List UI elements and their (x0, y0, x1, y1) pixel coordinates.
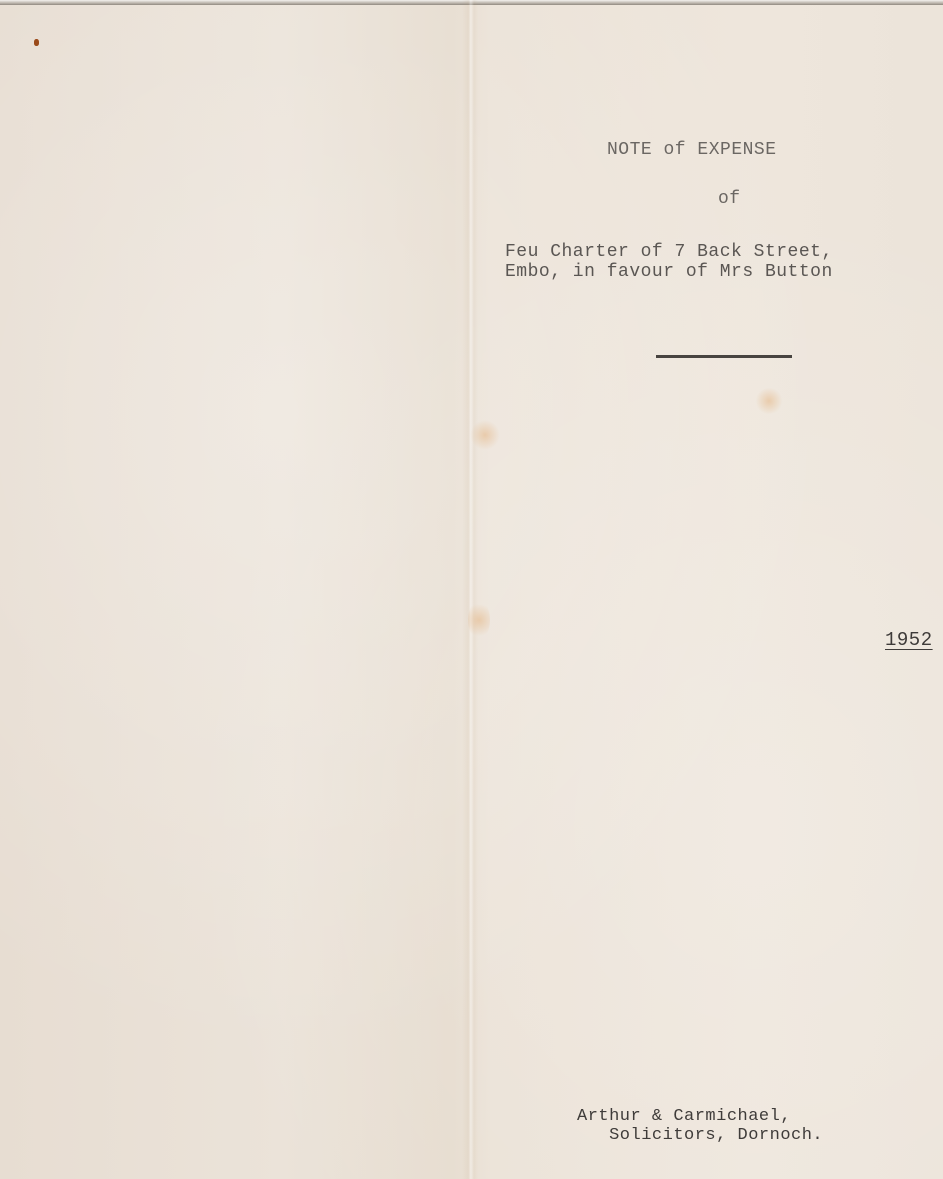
foxing-stain (468, 600, 490, 640)
firm-line-1: Arthur & Carmichael, (577, 1107, 823, 1126)
firm-signature: Arthur & Carmichael, Solicitors, Dornoch… (577, 1107, 823, 1145)
center-fold (462, 0, 478, 1179)
connector-text: of (718, 189, 741, 209)
foxing-stain (755, 388, 783, 414)
subject-line-2: Embo, in favour of Mrs Button (505, 262, 833, 282)
horizontal-rule (656, 355, 792, 358)
ink-spot (34, 39, 39, 46)
document-year: 1952 (885, 630, 933, 650)
firm-line-2: Solicitors, Dornoch. (577, 1126, 823, 1145)
document-heading: NOTE of EXPENSE (607, 140, 777, 160)
subject-line-1: Feu Charter of 7 Back Street, (505, 242, 833, 262)
foxing-stain (470, 420, 500, 450)
document-subject: Feu Charter of 7 Back Street,Embo, in fa… (505, 242, 833, 282)
